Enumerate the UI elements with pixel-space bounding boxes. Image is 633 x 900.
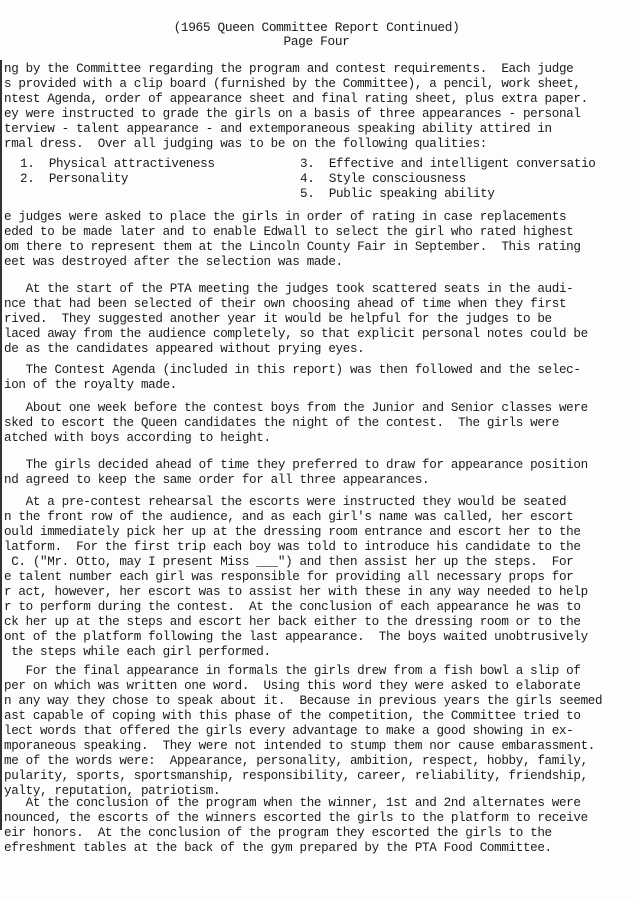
paragraph-line: ng by the Committee regarding the progra… xyxy=(4,62,573,77)
paragraph-line: About one week before the contest boys f… xyxy=(4,401,588,416)
paragraph-line: e talent number each girl was responsibl… xyxy=(4,570,573,585)
paragraph-line: ast capable of coping with this phase of… xyxy=(4,709,581,724)
quality-item: 3. Effective and intelligent conversatio xyxy=(300,157,596,172)
paragraph-line: The girls decided ahead of time they pre… xyxy=(4,458,588,473)
paragraph-line: latform. For the first trip each boy was… xyxy=(4,540,581,555)
quality-item: 2. Personality xyxy=(20,172,128,187)
paragraph-line: eded to be made later and to enable Edwa… xyxy=(4,225,573,240)
paragraph-line: nce that had been selected of their own … xyxy=(4,297,566,312)
paragraph-line: ould immediately pick her up at the dres… xyxy=(4,525,581,540)
paragraph-line: nounced, the escorts of the winners esco… xyxy=(4,811,588,826)
paragraph-line: rived. They suggested another year it wo… xyxy=(4,312,552,327)
paragraph-line: laced away from the audience completely,… xyxy=(4,327,588,342)
paragraph-line: At a pre-contest rehearsal the escorts w… xyxy=(4,495,566,510)
paragraph-line: n the front row of the audience, and as … xyxy=(4,510,573,525)
scan-edge-shadow xyxy=(0,60,2,830)
paragraph-line: lect words that offered the girls every … xyxy=(4,724,573,739)
paragraph-line: ck her up at the steps and escort her ba… xyxy=(4,615,581,630)
paragraph-line: r act, however, her escort was to assist… xyxy=(4,585,588,600)
paragraph-line: pularity, sports, sportsmanship, respons… xyxy=(4,769,588,784)
paragraph-line: e judges were asked to place the girls i… xyxy=(4,210,566,225)
paragraph-line: At the start of the PTA meeting the judg… xyxy=(4,282,573,297)
paragraph-line: At the conclusion of the program when th… xyxy=(4,796,581,811)
paragraph-line: mporaneous speaking. They were not inten… xyxy=(4,739,595,754)
quality-item: 5. Public speaking ability xyxy=(300,187,495,202)
paragraph-line: The Contest Agenda (included in this rep… xyxy=(4,363,581,378)
paragraph-line: ion of the royalty made. xyxy=(4,378,177,393)
paragraph-line: eir honors. At the conclusion of the pro… xyxy=(4,826,552,841)
paragraph-line: ont of the platform following the last a… xyxy=(4,630,588,645)
paragraph-line: nd agreed to keep the same order for all… xyxy=(4,473,429,488)
paragraph-line: sked to escort the Queen candidates the … xyxy=(4,416,559,431)
paragraph-line: n any way they chose to speak about it. … xyxy=(4,694,602,709)
document-page: (1965 Queen Committee Report Continued) … xyxy=(0,0,633,900)
paragraph-line: me of the words were: Appearance, person… xyxy=(4,754,588,769)
paragraph-line: om there to represent them at the Lincol… xyxy=(4,240,581,255)
paragraph-line: For the final appearance in formals the … xyxy=(4,664,581,679)
quality-item: 1. Physical attractiveness xyxy=(20,157,215,172)
paragraph-line: ey were instructed to grade the girls on… xyxy=(4,107,581,122)
paragraph-line: the steps while each girl performed. xyxy=(4,645,271,660)
quality-item: 4. Style consciousness xyxy=(300,172,466,187)
paragraph-line: eet was destroyed after the selection wa… xyxy=(4,255,343,270)
paragraph-line: atched with boys according to height. xyxy=(4,431,271,446)
paragraph-line: C. ("Mr. Otto, may I present Miss ___") … xyxy=(4,555,573,570)
paragraph-line: de as the candidates appeared without pr… xyxy=(4,342,364,357)
paragraph-line: rmal dress. Over all judging was to be o… xyxy=(4,137,487,152)
paragraph-line: ntest Agenda, order of appearance sheet … xyxy=(4,92,588,107)
paragraph-line: r to perform during the contest. At the … xyxy=(4,600,581,615)
report-title: (1965 Queen Committee Report Continued) xyxy=(0,20,633,35)
paragraph-line: terview - talent appearance - and extemp… xyxy=(4,122,552,137)
page-number: Page Four xyxy=(0,34,633,49)
paragraph-line: per on which was written one word. Using… xyxy=(4,679,581,694)
paragraph-line: efreshment tables at the back of the gym… xyxy=(4,841,552,856)
paragraph-line: s provided with a clip board (furnished … xyxy=(4,77,581,92)
